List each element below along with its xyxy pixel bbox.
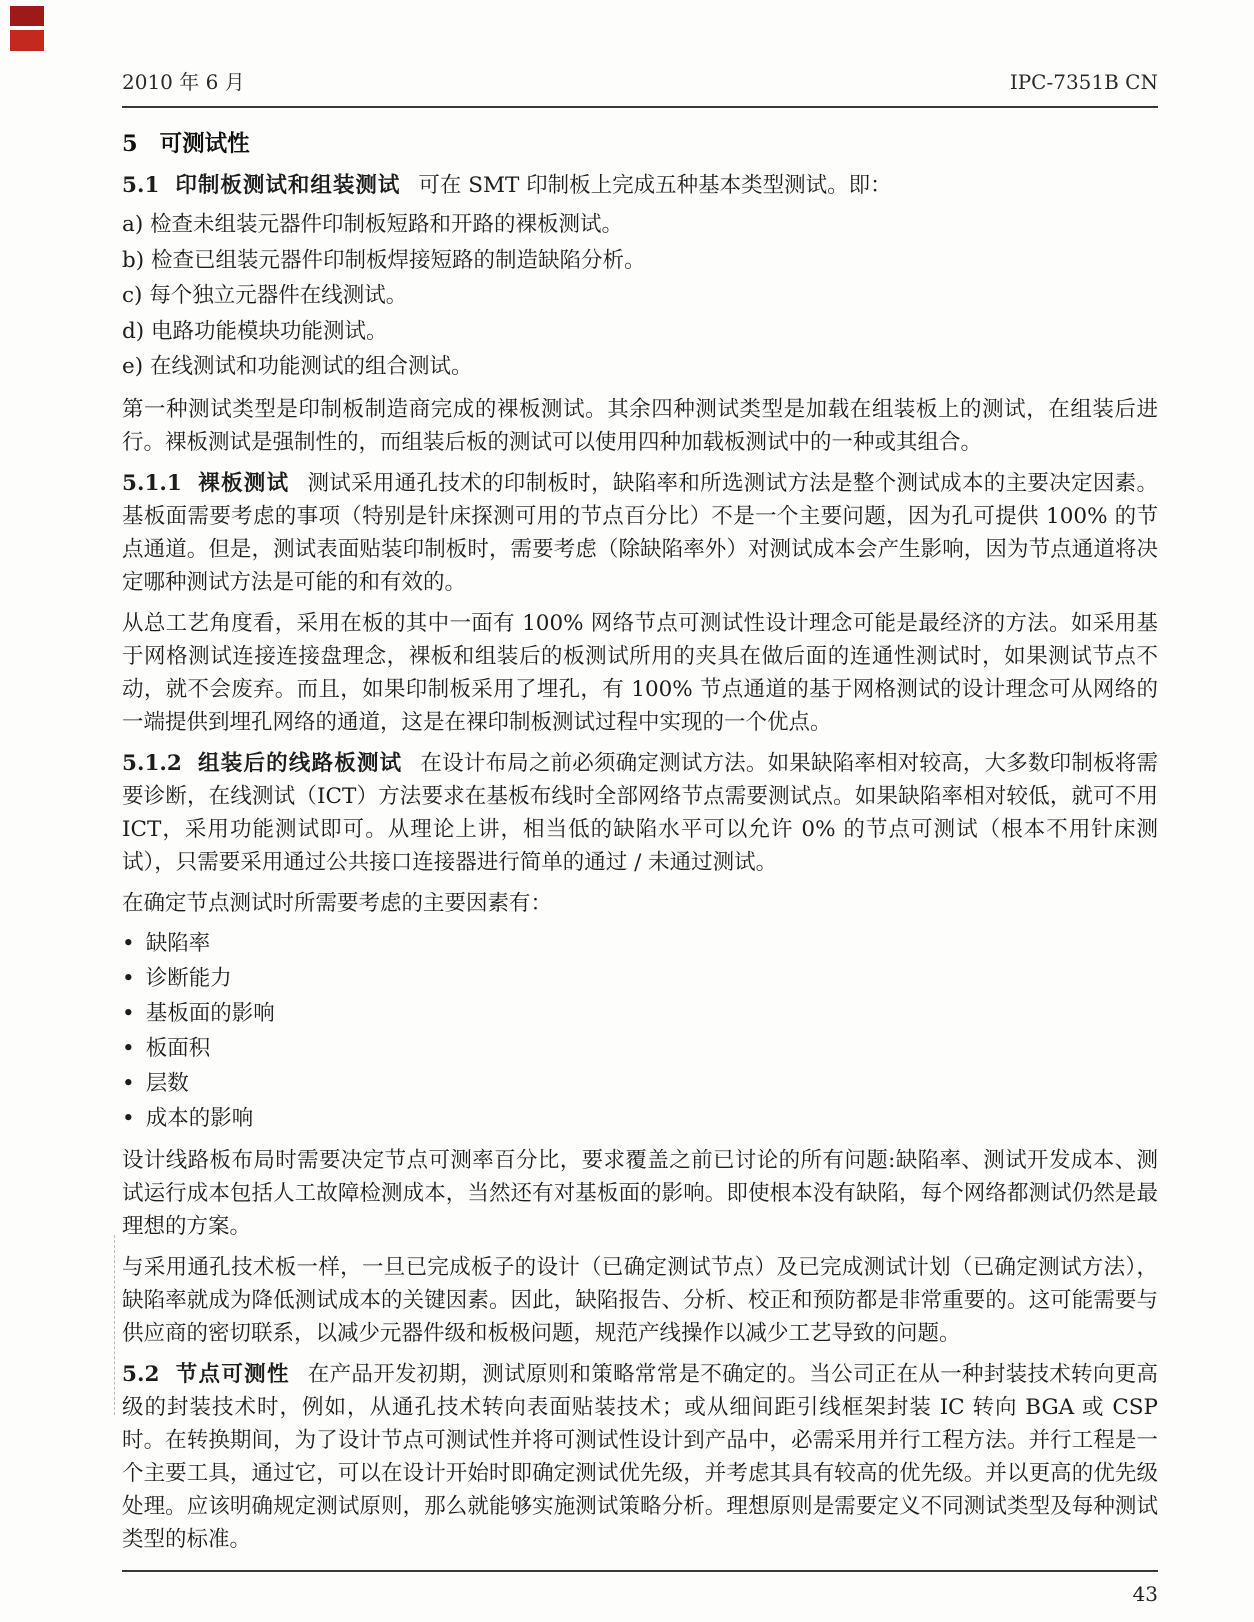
bullet-item: 基板面的影响 [122, 996, 1158, 1031]
header-rule [122, 106, 1158, 108]
section-5-1-lead: 可在 SMT 印制板上完成五种基本类型测试。即： [418, 173, 891, 198]
section-5-2-paragraph: 5.2节点可测性在产品开发初期，测试原则和策略常常是不确定的。当公司正在从一种封… [122, 1358, 1158, 1556]
list-item: a) 检查未组装元器件印制板短路和开路的裸板测试。 [122, 207, 1158, 243]
bullet-item: 层数 [122, 1066, 1158, 1101]
list-item: b) 检查已组装元器件印制板焊接短路的制造缺陷分析。 [122, 243, 1158, 279]
page-header: 2010 年 6 月 IPC-7351B CN [122, 70, 1158, 94]
header-date: 2010 年 6 月 [122, 70, 245, 94]
section-5-1-2-number: 5.1.2 [122, 751, 182, 776]
header-doc-id: IPC-7351B CN [1010, 70, 1158, 94]
section-5-1-1-paragraph: 5.1.1裸板测试测试采用通孔技术的印制板时，缺陷率和所选测试方法是整个测试成本… [122, 467, 1158, 599]
bullet-item: 诊断能力 [122, 961, 1158, 996]
scan-mark-bottom [10, 30, 44, 51]
paragraph-grid-test: 从总工艺角度看，采用在板的其中一面有 100% 网络节点可测试性设计理念可能是最… [122, 607, 1158, 739]
section-5-1-number: 5.1 [122, 173, 159, 198]
bullet-item: 缺陷率 [122, 926, 1158, 961]
section-5-1-paragraph: 5.1印制板测试和组装测试可在 SMT 印制板上完成五种基本类型测试。即： [122, 169, 1158, 202]
list-item: c) 每个独立元器件在线测试。 [122, 278, 1158, 314]
bullet-item: 成本的影响 [122, 1101, 1158, 1136]
section-5-2-number: 5.2 [122, 1362, 159, 1387]
factor-bullet-list: 缺陷率 诊断能力 基板面的影响 板面积 层数 成本的影响 [122, 926, 1158, 1136]
list-item: e) 在线测试和功能测试的组合测试。 [122, 349, 1158, 385]
test-type-list: a) 检查未组装元器件印制板短路和开路的裸板测试。 b) 检查已组装元器件印制板… [122, 207, 1158, 385]
section-5-number: 5 [122, 131, 138, 157]
factors-intro: 在确定节点测试时所需要考虑的主要因素有： [122, 887, 1158, 920]
page-number: 43 [1133, 1578, 1158, 1611]
revision-change-bar [114, 1235, 115, 1415]
section-5-2-title: 节点可测性 [175, 1362, 289, 1387]
section-5-1-2-title: 组装后的线路板测试 [198, 751, 403, 776]
section-5-1-title: 印制板测试和组装测试 [175, 173, 400, 198]
section-5-1-2-paragraph: 5.1.2组装后的线路板测试在设计布局之前必须确定测试方法。如果缺陷率相对较高，… [122, 747, 1158, 879]
scan-corner-marks [10, 6, 44, 51]
page-footer: 43 [122, 1578, 1158, 1611]
section-5-heading: 5可测试性 [122, 128, 1158, 161]
section-5-1-1-title: 裸板测试 [198, 471, 290, 496]
bullet-item: 板面积 [122, 1031, 1158, 1066]
document-page: 2010 年 6 月 IPC-7351B CN 5可测试性 5.1印制板测试和组… [0, 0, 1254, 1622]
section-5-1-1-number: 5.1.1 [122, 471, 182, 496]
section-5-2-body: 在产品开发初期，测试原则和策略常常是不确定的。当公司正在从一种封装技术转向更高级… [122, 1362, 1158, 1552]
paragraph-layout-decision: 设计线路板布局时需要决定节点可测率百分比，要求覆盖之前已讨论的所有问题:缺陷率、… [122, 1144, 1158, 1243]
footer-rule [122, 1570, 1158, 1572]
list-item: d) 电路功能模块功能测试。 [122, 314, 1158, 350]
section-5-title: 可测试性 [160, 131, 250, 157]
paragraph-defect-rate: 与采用通孔技术板一样，一旦已完成板子的设计（已确定测试节点）及已完成测试计划（已… [122, 1251, 1158, 1350]
scan-mark-top [10, 6, 44, 26]
paragraph-test-overview: 第一种测试类型是印制板制造商完成的裸板测试。其余四种测试类型是加载在组装板上的测… [122, 393, 1158, 459]
